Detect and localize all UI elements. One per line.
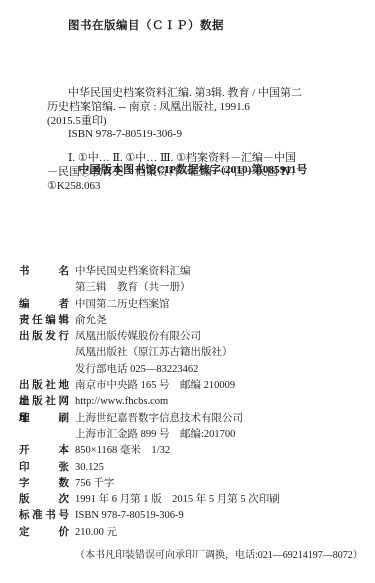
colophon-row-value: 210.00 元 [75,525,371,541]
cip-classification-block: Ⅰ. ①中… Ⅱ. ①中… Ⅲ. ①档案资料－汇编－中国－民国②教育史－档案资料… [47,111,352,193]
colophon-row: 印刷 上海世纪嘉晋数字信息技术有限公司 [0,411,375,427]
cip-heading: 图书在版编目（ＣＩＰ）数据 [68,17,224,33]
colophon-row-value: 俞允尧 [75,313,371,329]
colophon-row-label: 版次 [19,492,69,508]
colophon-row-value: 第三辑 教育（共一册） [75,280,371,296]
misprint-exchange-note: （本书凡印装错误可向承印厂调换，电话:021—69214197—8072） [75,546,363,561]
colophon-row: 凤凰出版社（原江苏古籍出版社） [0,345,375,361]
colophon-row-value: 凤凰出版传媒股份有限公司 [75,329,371,345]
colophon-row-value: 南京市中央路 165 号 邮编 210009 [75,378,371,394]
colophon-row-label: 书名 [19,264,69,280]
colophon-page: 图书在版编目（ＣＩＰ）数据 中华民国史档案资料汇编. 第3辑. 教育 / 中国第… [0,0,375,583]
colophon-row-value: 凤凰出版社（原江苏古籍出版社） [75,345,371,361]
colophon-row-value: 上海世纪嘉晋数字信息技术有限公司 [75,411,371,427]
colophon-row: 第三辑 教育（共一册） [0,280,375,296]
colophon-row: 编者 中国第二历史档案馆 [0,297,375,313]
colophon-row-label: 字数 [19,476,69,492]
colophon-row: 版次 1991 年 6 月第 1 版 2015 年 5 月第 5 次印刷 [0,492,375,508]
colophon-row-label: 编者 [19,297,69,313]
colophon-row-value: http://www.fhcbs.com [75,394,371,410]
colophon-row-value: 30.125 [75,460,371,476]
colophon-table: 书名 中华民国史档案资料汇编 第三辑 教育（共一册） 编者 中国第二历史档案馆 … [0,264,375,541]
colophon-row: 出版社地址 南京市中央路 165 号 邮编 210009 [0,378,375,394]
cip-registry-number: 中国版本图书馆CIP数据核字(2010)第085911号 [47,161,339,177]
colophon-row-value: 上海市汇金路 899 号 邮编:201700 [75,427,371,443]
colophon-row: 出版社网址 http://www.fhcbs.com [0,394,375,410]
colophon-row: 书名 中华民国史档案资料汇编 [0,264,375,280]
colophon-row-value: 850×1168 毫米 1/32 [75,443,371,459]
colophon-row: 标准书号 ISBN 978-7-80519-306-9 [0,508,375,524]
colophon-row: 开本 850×1168 毫米 1/32 [0,443,375,459]
colophon-row-label: 印张 [19,460,69,476]
colophon-row-value: 发行部电话 025—83223462 [75,362,371,378]
colophon-row-value: 756 千字 [75,476,371,492]
colophon-row: 上海市汇金路 899 号 邮编:201700 [0,427,375,443]
colophon-row-label: 标准书号 [19,508,69,524]
colophon-row: 字数 756 千字 [0,476,375,492]
colophon-row-label: 开本 [19,443,69,459]
colophon-row-value: ISBN 978-7-80519-306-9 [75,508,371,524]
colophon-row-label: 责任编辑 [19,313,69,329]
colophon-row-value: 中国第二历史档案馆 [75,297,371,313]
cip-classification-line: ①K258.063 [47,180,352,194]
colophon-row: 印张 30.125 [0,460,375,476]
colophon-row-label: 印刷 [19,411,69,427]
colophon-row: 出版发行 凤凰出版传媒股份有限公司 [0,329,375,345]
colophon-row: 责任编辑 俞允尧 [0,313,375,329]
colophon-row-value: 1991 年 6 月第 1 版 2015 年 5 月第 5 次印刷 [75,492,371,508]
colophon-row: 定价 210.00 元 [0,525,375,541]
colophon-row-label: 定价 [19,525,69,541]
colophon-row-value: 中华民国史档案资料汇编 [75,264,371,280]
colophon-row-label: 出版发行 [19,329,69,345]
cip-record-line: 中华民国史档案资料汇编. 第3辑. 教育 / 中国第二 [47,87,352,101]
colophon-row: 发行部电话 025—83223462 [0,362,375,378]
